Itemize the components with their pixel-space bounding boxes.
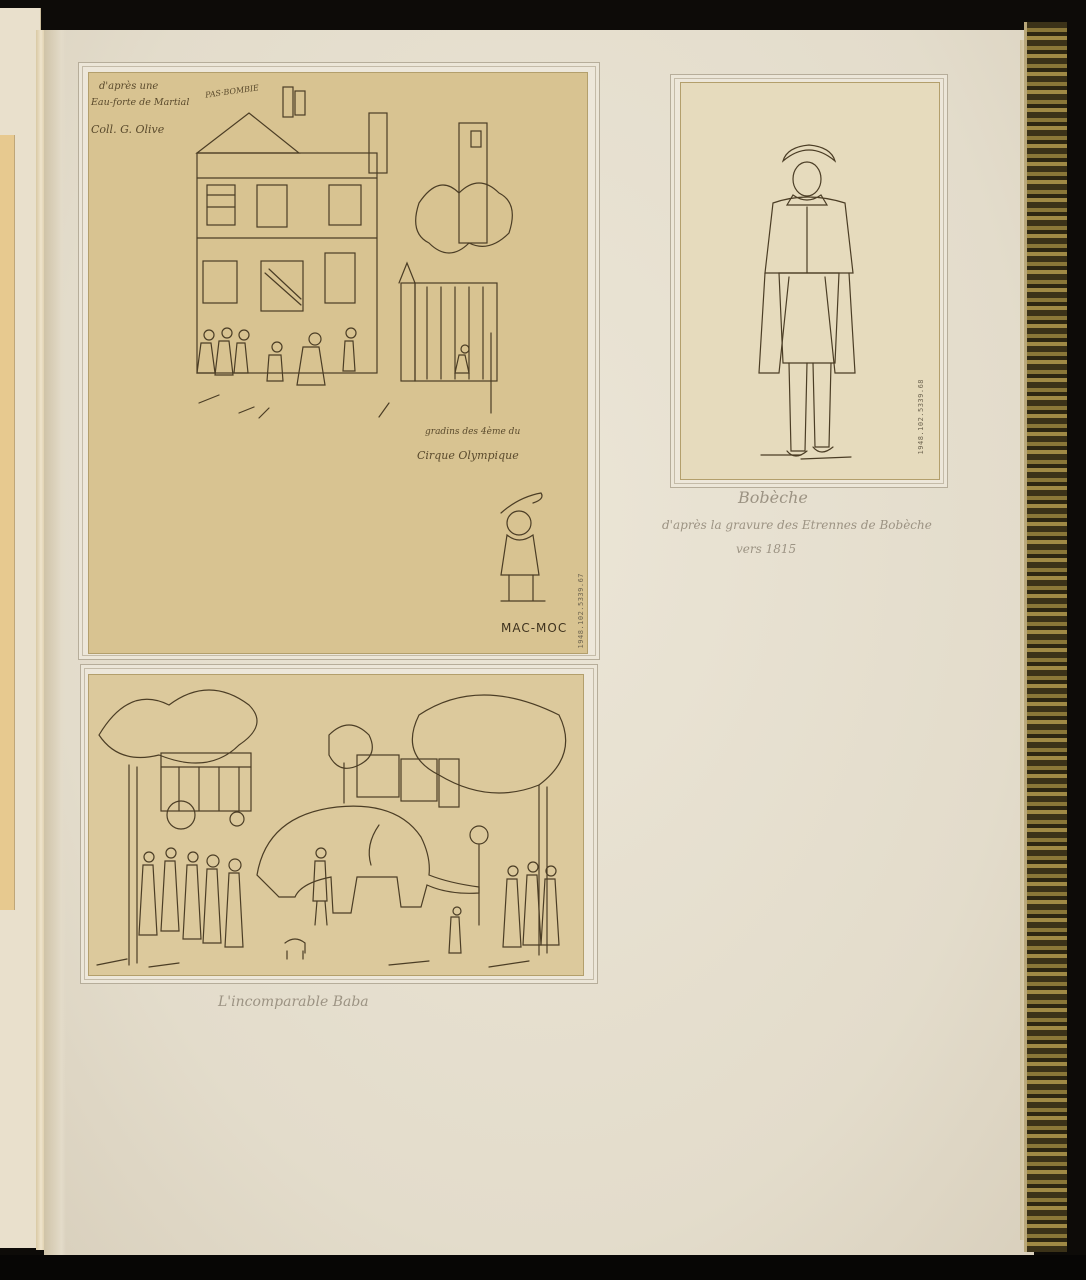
drawing-street-scene[interactable]: d'après une Eau-forte de Martial Coll. G… [88, 72, 588, 654]
bottom-shadow [0, 1255, 1086, 1280]
figure-label-mac-moc: MAC-MOC [501, 621, 567, 635]
source-note-line1: d'après une [99, 81, 158, 92]
page-gutter-shadow [44, 30, 66, 1256]
drawing-incomparable-baba[interactable]: 1948.102.5339.69 [88, 674, 584, 976]
collection-note: Coll. G. Olive [91, 123, 164, 136]
gilt-tooled-edge [1024, 22, 1067, 1252]
drawing-bobeche[interactable]: 1948.102.5339.68 [680, 82, 940, 480]
caption-gradins: gradins des 4ème du [425, 427, 520, 437]
caption-date: vers 1815 [736, 542, 796, 556]
elephant-park-sketch [89, 675, 583, 975]
bobeche-figure-sketch [681, 83, 939, 479]
street-scene-sketch [89, 73, 587, 653]
inventory-number: 1948.102.5339.67 [577, 573, 585, 648]
source-note-line2: Eau-forte de Martial [91, 97, 189, 108]
inventory-number: 1948.102.5339.68 [917, 379, 925, 454]
caption-cirque-olympique: Cirque Olympique [417, 449, 519, 462]
caption-source-line: d'après la gravure des Etrennes de Bobèc… [662, 518, 932, 532]
facing-page-drawing-sliver [0, 135, 15, 910]
caption-title-bobeche: Bobèche [738, 488, 808, 507]
caption-title-baba: L'incomparable Baba [218, 994, 369, 1010]
